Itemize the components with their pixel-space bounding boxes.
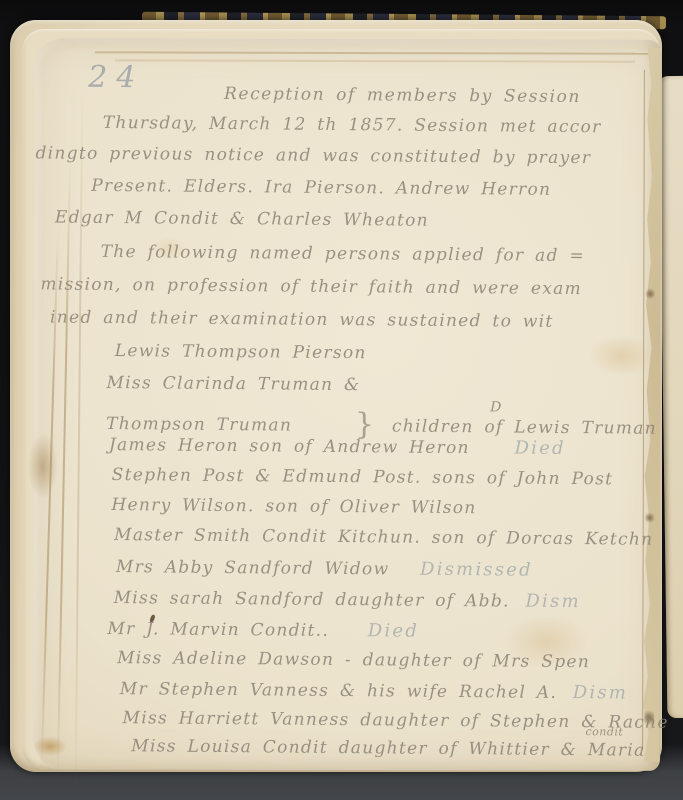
status-annotation: Dismissed: [420, 559, 533, 581]
status-annotation: Dism: [525, 591, 580, 612]
line-text: The following named persons applied for …: [101, 242, 585, 266]
entry-line: James Heron son of Andrew Heron Died: [109, 434, 566, 459]
line-text: Lewis Thompson Pierson: [115, 341, 367, 363]
entry-line: Miss sarah Sandford daughter of Abb. Dis…: [114, 587, 581, 612]
entry-line: Henry Wilson. son of Oliver Wilson: [111, 495, 476, 518]
entry-line: mission, on profession of their faith an…: [40, 274, 582, 299]
page-title: Reception of members by Session: [224, 84, 581, 107]
line-text: Miss Adeline Dawson - daughter of Mrs Sp…: [117, 648, 590, 672]
line-text: ined and their examination was sustained…: [50, 307, 554, 331]
line-text: Mr Stephen Vanness & his wife Rachel A.: [120, 679, 557, 703]
status-annotation: Died: [514, 438, 565, 459]
line-text: Miss Louisa Condit daughter of Whittier …: [131, 736, 645, 760]
line-text: Master Smith Condit Kitchun. son of Dorc…: [114, 525, 653, 550]
line-text: Miss Clarinda Truman &: [106, 373, 360, 395]
brace-note-wrap: D children of Lewis Truman: [392, 416, 657, 438]
line-text: Miss sarah Sandford daughter of Abb.: [114, 588, 510, 611]
status-annotation: Dism: [573, 682, 628, 703]
inserted-correction-note: condit: [585, 725, 623, 738]
entry-line: Lewis Thompson Pierson: [115, 341, 367, 363]
entry-line: The following named persons applied for …: [101, 242, 585, 266]
line-text: Present. Elders. Ira Pierson. Andrew Her…: [91, 176, 551, 200]
entry-line: Stephen Post & Edmund Post. sons of John…: [112, 465, 614, 489]
line-text: dingto previous notice and was constitut…: [35, 143, 591, 168]
handwriting-layer: 24 Reception of members by Session Thurs…: [0, 0, 683, 800]
line-text: Henry Wilson. son of Oliver Wilson: [111, 495, 476, 518]
entry-line: dingto previous notice and was constitut…: [35, 143, 591, 168]
entry-line: ined and their examination was sustained…: [50, 307, 554, 331]
status-annotation: Died: [368, 620, 419, 641]
entry-line: Mr Stephen Vanness & his wife Rachel A. …: [120, 678, 628, 703]
title-text: Reception of members by Session: [224, 84, 581, 107]
line-text: Mr J. Marvin Condit..: [107, 619, 329, 641]
entry-line: Miss Adeline Dawson - daughter of Mrs Sp…: [117, 648, 590, 672]
line-text: Mrs Abby Sandford Widow: [116, 557, 390, 579]
line-text: Stephen Post & Edmund Post. sons of John…: [112, 465, 614, 489]
line-text: Thompson Truman: [106, 414, 292, 436]
entry-line: Thursday, March 12 th 1857. Session met …: [103, 113, 602, 137]
page-number: 24: [88, 60, 144, 95]
entry-line: Miss Louisa Condit daughter of Whittier …: [131, 736, 645, 760]
line-text: Thursday, March 12 th 1857. Session met …: [103, 113, 602, 137]
line-text: mission, on profession of their faith an…: [40, 274, 582, 299]
line-text: Edgar M Condit & Charles Wheaton: [55, 208, 429, 231]
brace-note: children of Lewis Truman: [392, 416, 657, 438]
entry-line: Edgar M Condit & Charles Wheaton: [55, 208, 429, 231]
line-text: James Heron son of Andrew Heron: [109, 435, 470, 458]
entry-line: Present. Elders. Ira Pierson. Andrew Her…: [91, 176, 551, 200]
entry-line: Mr J. Marvin Condit.. Died: [107, 618, 419, 642]
entry-line: Miss Clarinda Truman &: [106, 373, 360, 395]
entry-line: Mrs Abby Sandford Widow Dismissed: [116, 556, 533, 581]
book-photo: 24 Reception of members by Session Thurs…: [0, 0, 683, 800]
entry-line: Master Smith Condit Kitchun. son of Dorc…: [114, 525, 653, 550]
superscript-mark: D: [490, 399, 503, 415]
